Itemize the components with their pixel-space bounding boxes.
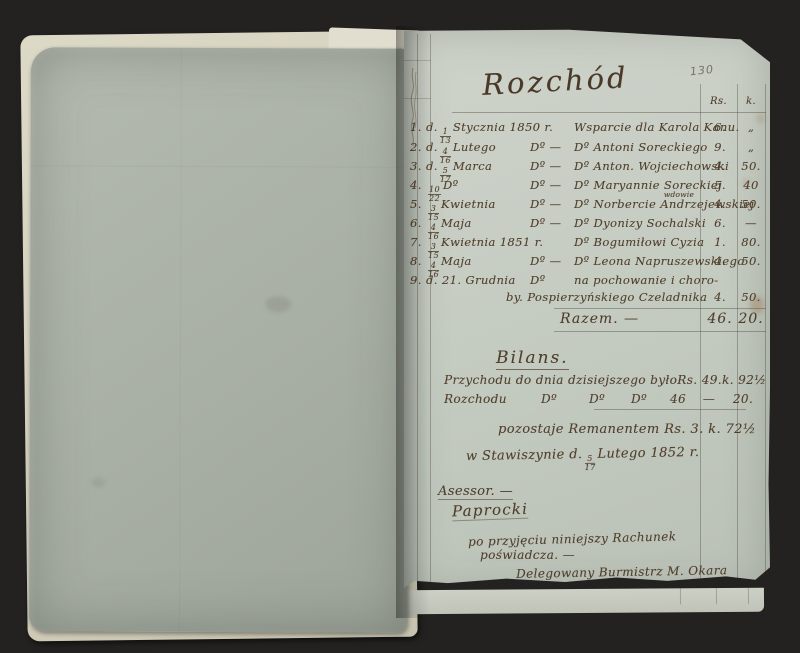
row-number: 6. [410, 216, 426, 230]
sum-rule [554, 331, 766, 332]
amount-rubles: 4. [702, 290, 738, 304]
bilans-expense-line: Rozchodu Dº Dº Dº 46 — 20. [410, 392, 764, 406]
paper-crease [179, 48, 182, 632]
attestation-line-2: poświadcza. — [480, 548, 575, 562]
place-date-line: w Stawiszynie d.517Lutego 1852 r. [466, 445, 700, 475]
bilans-expense-rubles: 46 [660, 392, 696, 406]
total-rubles: 46. [702, 311, 738, 327]
amount-kopecks: 50. [738, 290, 764, 304]
row-description: by. Pospierzyńskiego Czeladnika [506, 290, 702, 304]
bilans-remainder-line: pozostaje Remanentem Rs. 3. k. 72½ [410, 422, 764, 437]
foxing-spot [265, 296, 291, 312]
amount-kopecks: 50. [738, 159, 764, 173]
row-number: 9. [410, 273, 426, 287]
bilans-income-label: Przychodu do dnia dzisiejszego było [410, 373, 677, 387]
folio-number: 130 [689, 63, 714, 78]
total-label: Razem. — [560, 311, 702, 327]
interlinear-note: wdowie [664, 190, 694, 199]
column-header-k: k. [737, 96, 765, 107]
row-description: Dº Dyonizy Sochalski [574, 216, 702, 230]
ditto-mark: Dº [570, 392, 624, 406]
amount-kopecks: — [738, 216, 764, 230]
bilans-expense-kopecks: 20. [722, 392, 764, 406]
ruled-tick [716, 588, 717, 604]
header-rule [452, 112, 766, 113]
signature-assessor: Paprocki [452, 500, 529, 522]
row-description: Dº Leona Napruszewskiego [574, 254, 702, 268]
ledger-row: 9. d. 21. Grudnia Dº na pochowanie i cho… [410, 273, 764, 287]
amount-kopecks: „ [738, 120, 764, 134]
row-date: d. 21. Grudnia [426, 273, 530, 287]
ditto-mark: Dº [624, 392, 654, 406]
row-description: Dº Antoni Soreckiego [574, 140, 702, 154]
total-kopecks: 20. [738, 311, 764, 327]
amount-kopecks: „ [738, 140, 764, 154]
ruled-tick [748, 588, 749, 604]
foxing-spot [91, 478, 105, 488]
amount-rubles: 1. [702, 235, 738, 249]
ditto-mark: Dº — [530, 216, 574, 230]
bilans-title: Bilans. [496, 348, 569, 370]
manuscript-scan: 130 Rozchód Rs. k. 1. d.113Stycznia 1850… [0, 0, 800, 653]
ledger-row-continuation: by. Pospierzyńskiego Czeladnika 4. 50. [410, 290, 764, 304]
ditto-mark: Dº — [530, 254, 574, 268]
ruled-tick [680, 588, 681, 604]
sum-rule [554, 308, 766, 309]
paper-crease [31, 165, 409, 167]
assessor-label: Asessor. — [438, 484, 513, 500]
bilans-expense-label: Rozchodu [410, 392, 528, 406]
bilans-remainder: pozostaje Remanentem Rs. 3. k. 72½ [410, 422, 756, 437]
row-number: 5. [410, 197, 426, 211]
row-description: Dº Anton. Wojciechowski [574, 159, 702, 173]
row-number: 2. [410, 140, 426, 154]
row-number: 8. [410, 254, 426, 268]
bilans-income-rubles: Rs. 49. [677, 373, 722, 387]
bilans-income-kopecks: k. 92½ [722, 373, 766, 387]
attestation-line-3: Delegowany Burmistrz M. Okara [516, 563, 728, 581]
attestation-line-1: po przyjęciu niniejszy Rachunek [468, 529, 677, 548]
column-header-rs: Rs. [700, 96, 737, 107]
amount-rubles: 6. [702, 216, 738, 230]
row-number: 1. [410, 120, 426, 134]
row-description: Dº Norbercie Andrzejewskiejwdowie [574, 197, 702, 211]
row-description: na pochowanie i choro- [574, 273, 702, 287]
row-number: 7. [410, 235, 426, 249]
row-description: Dº Bogumiłowi Cyzia [574, 235, 702, 249]
column-rule [765, 84, 766, 574]
page-title: Rozchód [481, 60, 629, 102]
ditto-mark: Dº — [530, 197, 574, 211]
bilans-income-line: Przychodu do dnia dzisiejszego było Rs. … [410, 373, 764, 387]
margin-rule [404, 60, 431, 61]
ditto-mark: Dº — [530, 159, 574, 173]
ledger-recto-page: 130 Rozchód Rs. k. 1. d.113Stycznia 1850… [404, 28, 770, 598]
ditto-mark: Dº [530, 273, 574, 287]
underlying-page-edge [404, 588, 764, 615]
ditto-mark: Dº — [530, 140, 574, 154]
row-number: 4. [410, 178, 426, 192]
dash: — [696, 392, 722, 406]
blank-verso-page [29, 47, 409, 632]
ditto-mark: Dº — [530, 178, 574, 192]
ditto-mark: Dº [528, 392, 570, 406]
row-number: 3. [410, 159, 426, 173]
amount-kopecks: 40 [738, 178, 764, 192]
amount-kopecks: 80. [738, 235, 764, 249]
total-row: Razem. — 46. 20. [410, 311, 764, 327]
row-description: Wsparcie dla Karola Kanu. [574, 120, 702, 134]
bilans-rule [594, 409, 746, 410]
